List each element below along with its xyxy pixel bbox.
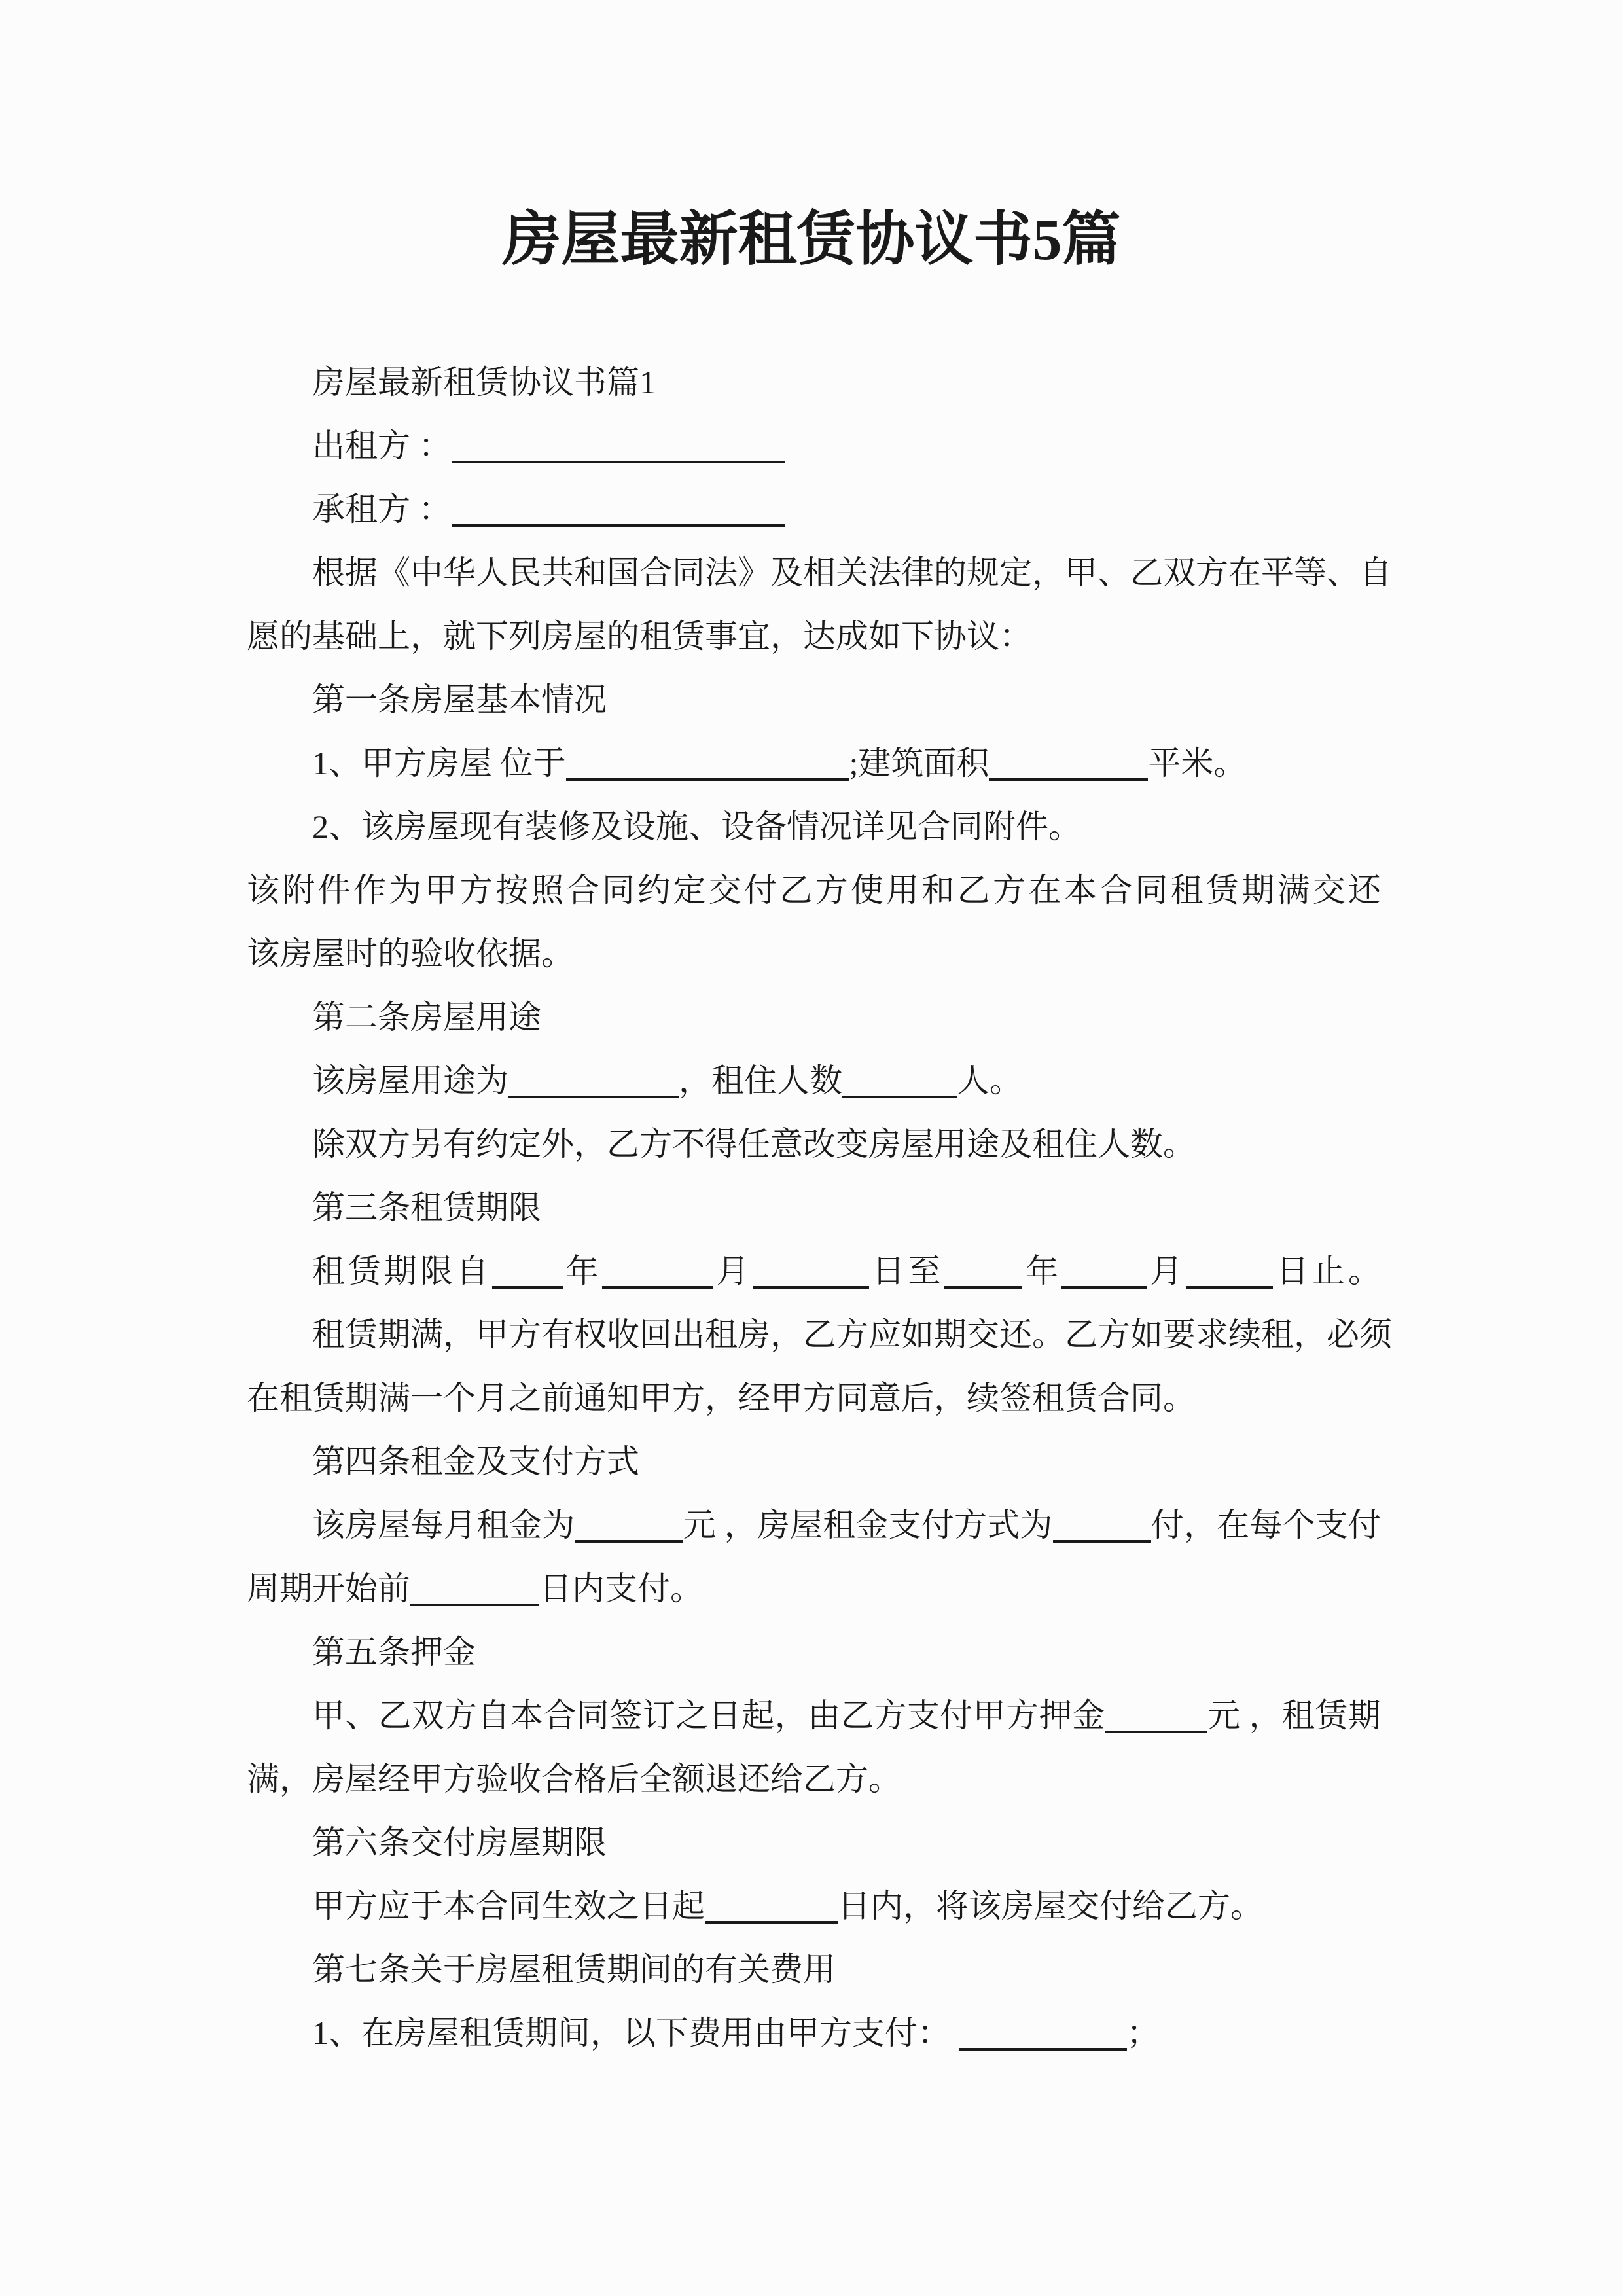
line-text: 根据《中华人民共和国合同法》及相关法律的规定，甲、乙双方在平等、自	[312, 554, 1392, 591]
blank-field	[602, 1286, 713, 1289]
line-text: 第四条租金及支付方式	[312, 1443, 639, 1480]
line-text: ，租住人数	[679, 1062, 842, 1099]
line-text: 甲方应于本合同生效之日起	[312, 1888, 705, 1924]
document-line: 租赁期满，甲方有权收回出租房，乙方应如期交还。乙方如要求续租，必须	[247, 1303, 1381, 1367]
document-line: 甲方应于本合同生效之日起日内，将该房屋交付给乙方。	[247, 1874, 1623, 1938]
line-text: 平米。	[1148, 745, 1246, 781]
line-text: ;建筑面积	[849, 745, 990, 781]
document-line: 在租赁期满一个月之前通知甲方，经甲方同意后，续签租赁合同。	[247, 1367, 1623, 1430]
line-text: 第三条租赁期限	[312, 1189, 541, 1226]
line-text: 年	[1022, 1253, 1061, 1289]
line-text: 承租方 ：	[312, 491, 452, 528]
line-text: 周期开始前	[247, 1570, 410, 1607]
blank-field	[842, 1096, 957, 1098]
line-text: 该房屋每月租金为	[312, 1507, 575, 1543]
line-text: ；	[1127, 2015, 1160, 2051]
line-text: 日内，将该房屋交付给乙方。	[838, 1888, 1263, 1924]
line-text: 出租方 ：	[312, 427, 452, 464]
blank-field	[452, 461, 785, 463]
document-page: 房屋最新租赁协议书5篇 房屋最新租赁协议书篇1出租方 ：承租方 ：根据《中华人民…	[0, 0, 1623, 2296]
line-text: 甲、乙双方自本合同签订之日起，由乙方支付甲方押金	[312, 1697, 1105, 1734]
line-text: 第二条房屋用途	[312, 999, 541, 1035]
document-line: 房屋最新租赁协议书篇1	[247, 351, 1623, 414]
line-text: 该房屋用途为	[312, 1062, 508, 1099]
blank-field	[1186, 1286, 1273, 1289]
blank-field	[1061, 1286, 1147, 1289]
document-line: 第七条关于房屋租赁期间的有关费用	[247, 1938, 1623, 2001]
blank-field	[959, 2048, 1127, 2051]
document-line: 该房屋每月租金为元 ，房屋租金支付方式为付，在每个支付	[247, 1494, 1381, 1557]
document-line: 根据《中华人民共和国合同法》及相关法律的规定，甲、乙双方在平等、自	[247, 541, 1381, 605]
line-text: 除双方另有约定外，乙方不得任意改变房屋用途及租住人数。	[312, 1126, 1196, 1162]
blank-field	[566, 778, 849, 781]
line-text: 1、在房屋租赁期间，以下费用由甲方支付：	[312, 2015, 959, 2051]
line-text: 元 ，租赁期	[1207, 1697, 1381, 1734]
line-text: 日至	[869, 1253, 944, 1289]
line-text: 租赁期限自	[312, 1253, 492, 1289]
blank-field	[508, 1096, 679, 1098]
blank-field	[753, 1286, 869, 1289]
document-line: 愿的基础上，就下列房屋的租赁事宜，达成如下协议：	[247, 605, 1623, 668]
line-text: 日内支付。	[539, 1570, 703, 1607]
blank-field	[1053, 1540, 1151, 1543]
document-line: 出租方 ：	[247, 414, 1623, 478]
blank-field	[410, 1604, 539, 1606]
document-title: 房屋最新租赁协议书5篇	[0, 207, 1623, 273]
document-line: 该房屋用途为，租住人数人。	[247, 1049, 1623, 1113]
document-line: 承租方 ：	[247, 478, 1623, 541]
line-text: 第一条房屋基本情况	[312, 681, 607, 718]
blank-field	[989, 778, 1148, 781]
line-text: 租赁期满，甲方有权收回出租房，乙方应如期交还。乙方如要求续租，必须	[312, 1316, 1392, 1353]
line-text: 愿的基础上，就下列房屋的租赁事宜，达成如下协议：	[247, 618, 1032, 655]
document-line: 租赁期限自年月日至年月日止。	[247, 1240, 1381, 1303]
document-line: 该房屋时的验收依据。	[247, 922, 1623, 986]
line-text: 日止。	[1273, 1253, 1381, 1289]
line-text: 第七条关于房屋租赁期间的有关费用	[312, 1951, 836, 1988]
blank-field	[1105, 1731, 1207, 1733]
line-text: 元 ，房屋租金支付方式为	[683, 1507, 1053, 1543]
line-text: 月	[1147, 1253, 1186, 1289]
blank-field	[492, 1286, 563, 1289]
document-line: 甲、乙双方自本合同签订之日起，由乙方支付甲方押金元 ，租赁期	[247, 1684, 1381, 1748]
blank-field	[452, 524, 785, 527]
document-body: 房屋最新租赁协议书篇1出租方 ：承租方 ：根据《中华人民共和国合同法》及相关法律…	[0, 351, 1623, 2065]
blank-field	[944, 1286, 1022, 1289]
line-text: 付，在每个支付	[1151, 1507, 1381, 1543]
document-line: 第四条租金及支付方式	[247, 1430, 1623, 1494]
line-text: 房屋最新租赁协议书篇1	[312, 364, 656, 401]
line-text: 该附件作为甲方按照合同约定交付乙方使用和乙方在本合同租赁期满交还	[247, 872, 1381, 908]
document-line: 该附件作为甲方按照合同约定交付乙方使用和乙方在本合同租赁期满交还	[247, 859, 1381, 922]
document-line: 2、该房屋现有装修及设施、设备情况详见合同附件。	[247, 795, 1623, 859]
line-text: 2、该房屋现有装修及设施、设备情况详见合同附件。	[312, 808, 1081, 845]
line-text: 人。	[957, 1062, 1022, 1099]
document-line: 周期开始前日内支付。	[247, 1557, 1623, 1621]
line-text: 该房屋时的验收依据。	[247, 935, 574, 972]
line-text: 第五条押金	[312, 1634, 476, 1670]
blank-field	[575, 1540, 683, 1543]
blank-field	[705, 1921, 838, 1924]
document-line: 第三条租赁期限	[247, 1176, 1623, 1240]
line-text: 在租赁期满一个月之前通知甲方，经甲方同意后，续签租赁合同。	[247, 1380, 1196, 1416]
line-text: 第六条交付房屋期限	[312, 1824, 607, 1861]
line-text: 1、甲方房屋 位于	[312, 745, 566, 781]
document-line: 第一条房屋基本情况	[247, 668, 1623, 732]
document-line: 满，房屋经甲方验收合格后全额退还给乙方。	[247, 1748, 1623, 1811]
line-text: 月	[713, 1253, 753, 1289]
line-text: 满，房屋经甲方验收合格后全额退还给乙方。	[247, 1761, 901, 1797]
document-line: 第二条房屋用途	[247, 986, 1623, 1049]
document-line: 第五条押金	[247, 1621, 1623, 1684]
document-line: 第六条交付房屋期限	[247, 1811, 1623, 1874]
document-line: 除双方另有约定外，乙方不得任意改变房屋用途及租住人数。	[247, 1113, 1623, 1176]
document-line: 1、甲方房屋 位于;建筑面积平米。	[247, 732, 1623, 795]
line-text: 年	[563, 1253, 602, 1289]
document-line: 1、在房屋租赁期间，以下费用由甲方支付： ；	[247, 2001, 1623, 2065]
